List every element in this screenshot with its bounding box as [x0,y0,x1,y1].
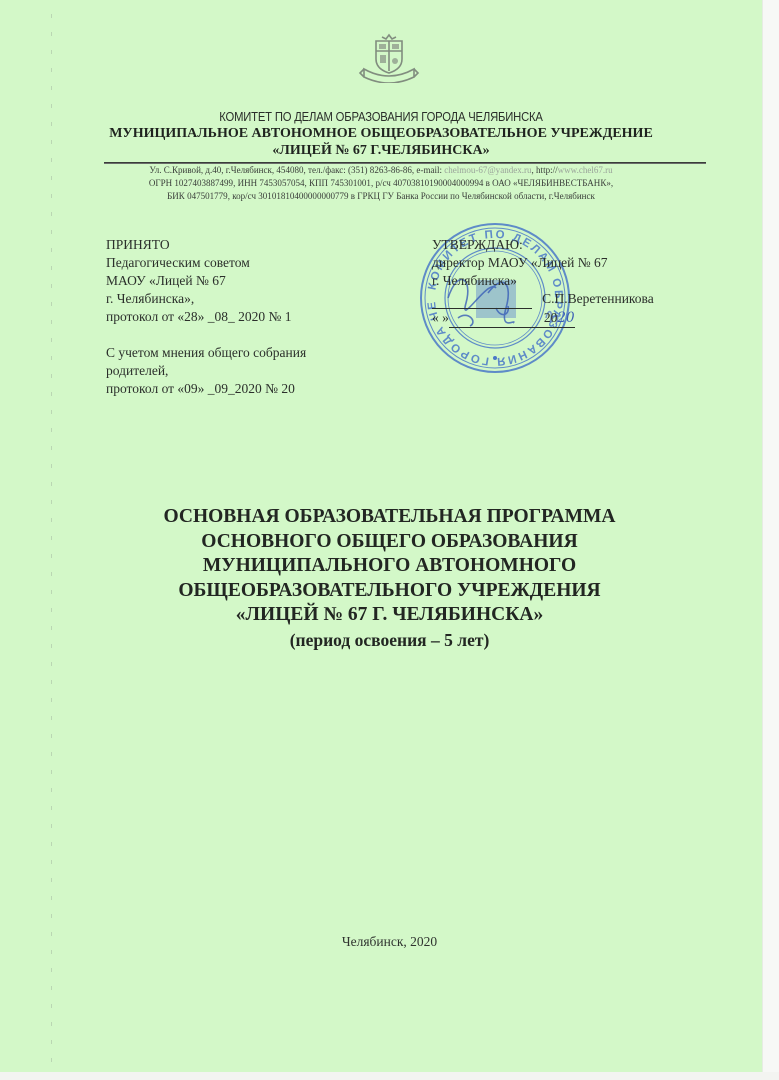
approved-line: г. Челябинска» [432,272,654,290]
scan-margin [0,1072,779,1080]
contact-line: Ул. С.Кривой, д.40, г.Челябинск, 454080,… [19,166,743,176]
title-subtitle: (период освоения – 5 лет) [0,628,779,653]
title-line: МУНИЦИПАЛЬНОГО АВТОНОМНОГО [0,554,779,579]
approval-date-row: « » 2020 [432,309,654,328]
accepted-line: Педагогическим советом [106,254,306,272]
registration-line: ОГРН 1027403887499, ИНН 7453057054, КПП … [19,179,743,189]
program-title: ОСНОВНАЯ ОБРАЗОВАТЕЛЬНАЯ ПРОГРАММА ОСНОВ… [0,505,779,652]
committee-name: КОМИТЕТ ПО ДЕЛАМ ОБРАЗОВАНИЯ ГОРОДА ЧЕЛЯ… [38,110,724,124]
handwritten-year: 20 [557,310,574,326]
parents-line: родителей, [106,362,306,380]
http-label: , http:// [532,166,558,176]
accepted-line: МАОУ «Лицей № 67 [106,272,306,290]
city-year: Челябинск, 2020 [0,934,779,950]
email-link[interactable]: chelmou-67@yandex.ru [444,166,531,176]
accepted-line: г. Челябинска», [106,290,306,308]
website-link[interactable]: www.chel67.ru [558,166,613,176]
title-line: ОБЩЕОБРАЗОВАТЕЛЬНОГО УЧРЕЖДЕНИЯ [0,579,779,604]
title-line: ОСНОВНАЯ ОБРАЗОВАТЕЛЬНАЯ ПРОГРАММА [0,505,779,530]
approved-block: УТВЕРЖДАЮ: директор МАОУ «Лицей № 67 г. … [432,236,654,328]
institution-name: МУНИЦИПАЛЬНОЕ АВТОНОМНОЕ ОБЩЕОБРАЗОВАТЕЛ… [0,126,762,142]
parents-protocol: протокол от «09» _09_2020 № 20 [106,380,306,398]
approved-line: директор МАОУ «Лицей № 67 [432,254,654,272]
title-line: ОСНОВНОГО ОБЩЕГО ОБРАЗОВАНИЯ [0,530,779,555]
date-prefix: « » [432,310,449,325]
title-line: «ЛИЦЕЙ № 67 Г. ЧЕЛЯБИНСКА» [0,603,779,628]
school-name: «ЛИЦЕЙ № 67 Г.ЧЕЛЯБИНСКА» [0,143,762,159]
signature-row: С.П.Веретенникова [432,290,654,309]
accepted-block: ПРИНЯТО Педагогическим советом МАОУ «Лиц… [106,236,306,398]
year-prefix: 20 [544,310,558,325]
header-divider [104,162,706,164]
parents-line: С учетом мнения общего собрания [106,344,306,362]
year-field: 2020 [544,309,575,328]
school-crest-icon [358,33,420,83]
approved-heading: УТВЕРЖДАЮ: [432,236,654,254]
accepted-heading: ПРИНЯТО [106,236,306,254]
bank-line: БИК 047501779, кор/сч 301018104000000007… [19,192,743,202]
accepted-protocol: протокол от «28» _08_ 2020 № 1 [106,308,306,326]
signatory-name: С.П.Веретенникова [542,291,654,306]
address-text: Ул. С.Кривой, д.40, г.Челябинск, 454080,… [149,166,444,176]
